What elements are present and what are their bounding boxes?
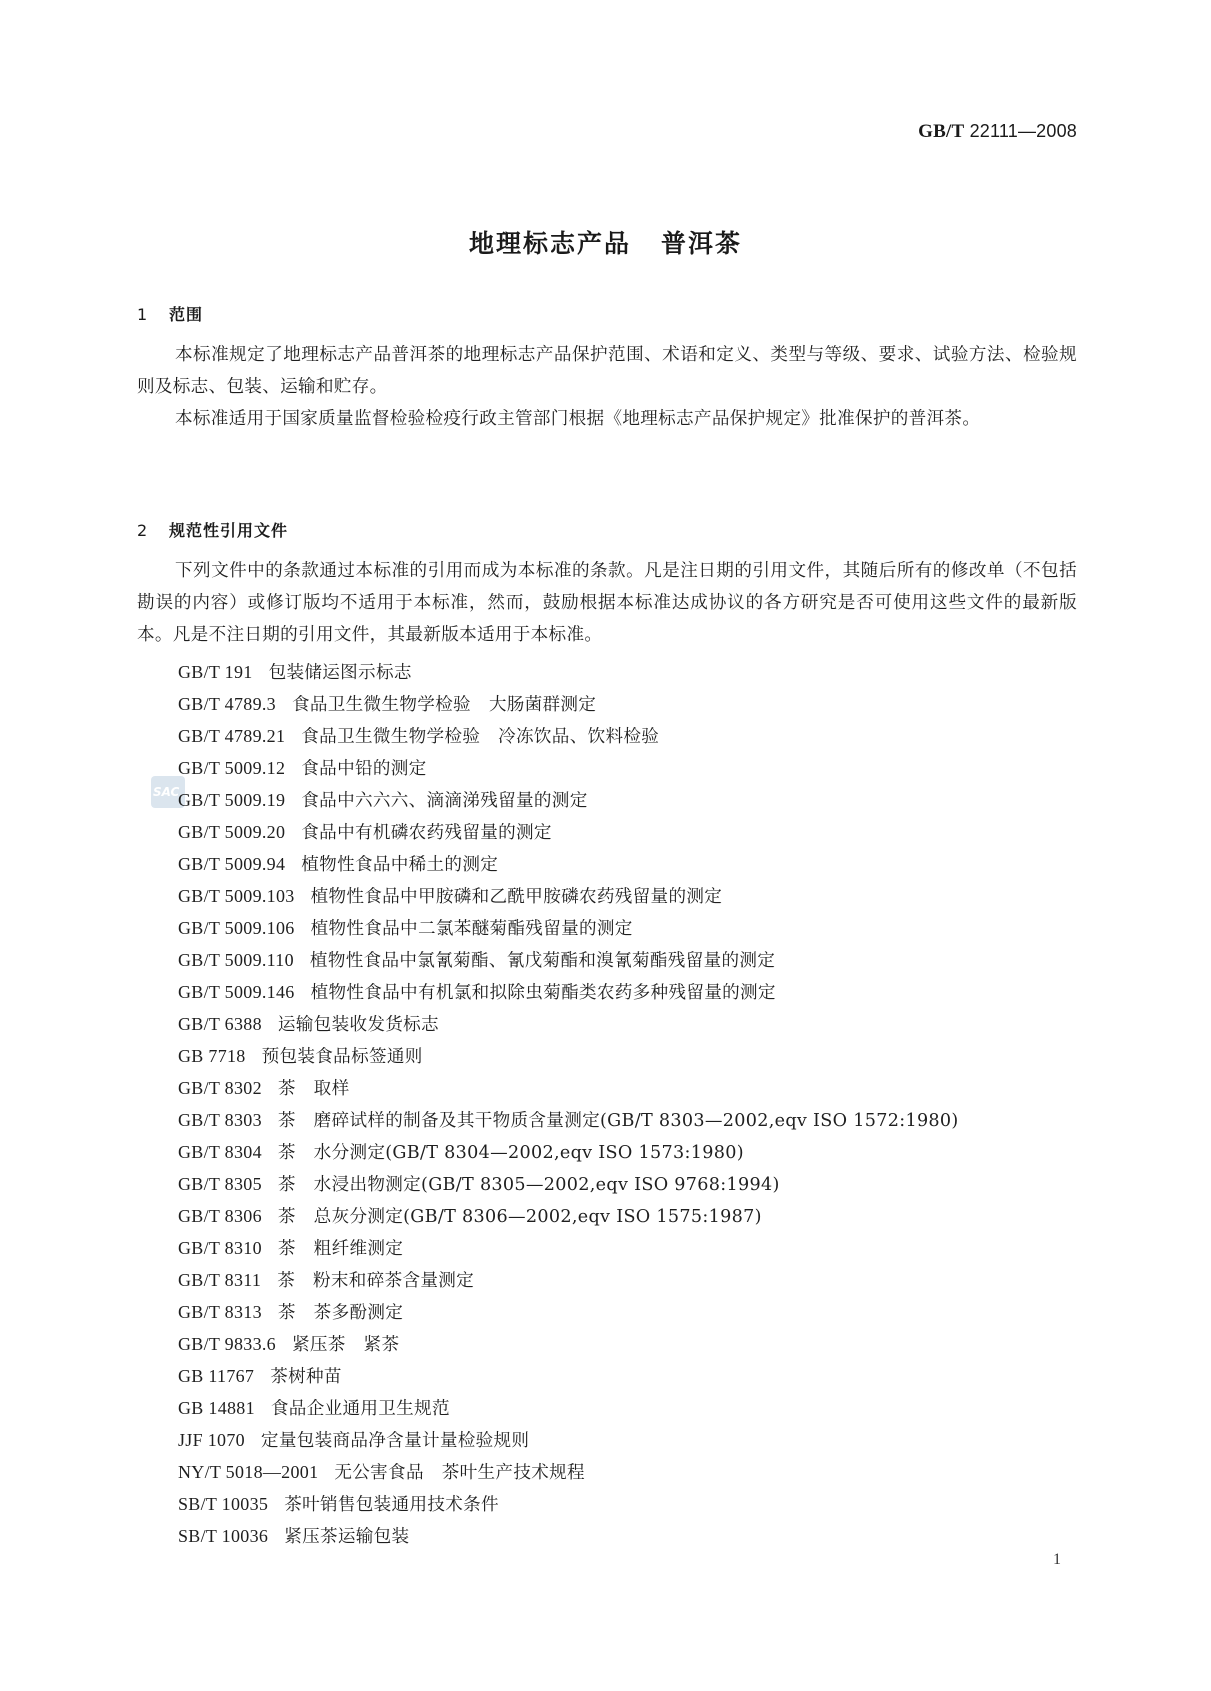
reference-title: 植物性食品中氯氰菊酯、氰戊菊酯和溴氰菊酯残留量的测定: [310, 951, 775, 971]
reference-code: JJF 1070: [178, 1430, 245, 1450]
reference-code: GB/T 8313: [178, 1302, 262, 1322]
reference-title: 紧压茶 紧茶: [292, 1335, 399, 1355]
reference-item: GB/T 5009.19食品中六六六、滴滴涕残留量的测定: [178, 784, 959, 816]
reference-title: 无公害食品 茶叶生产技术规程: [334, 1463, 585, 1483]
reference-title: 包装储运图示标志: [269, 663, 412, 683]
reference-code: SB/T 10036: [178, 1526, 268, 1546]
reference-item: GB 14881食品企业通用卫生规范: [178, 1392, 959, 1424]
reference-title: 食品卫生微生物学检验 大肠菌群测定: [292, 695, 596, 715]
reference-code: GB 14881: [178, 1398, 255, 1418]
reference-code: GB/T 8304: [178, 1142, 262, 1162]
reference-title: 茶 取样: [278, 1079, 350, 1099]
scope-paragraph-1: 本标准规定了地理标志产品普洱茶的地理标志产品保护范围、术语和定义、类型与等级、要…: [137, 339, 1077, 403]
reference-code: GB/T 8306: [178, 1206, 262, 1226]
reference-item: GB/T 9833.6紧压茶 紧茶: [178, 1328, 959, 1360]
reference-code: GB/T 191: [178, 662, 253, 682]
reference-title: 茶树种苗: [270, 1367, 342, 1387]
reference-title: 茶 茶多酚测定: [278, 1303, 403, 1323]
reference-code: GB 11767: [178, 1366, 254, 1386]
reference-item: GB/T 8306茶 总灰分测定(GB/T 8306—2002,eqv ISO …: [178, 1200, 959, 1232]
section-title: 范围: [169, 305, 203, 324]
reference-title: 茶 水浸出物测定(GB/T 8305—2002,eqv ISO 9768:199…: [278, 1175, 780, 1195]
reference-code: GB/T 5009.19: [178, 790, 285, 810]
reference-code: GB/T 8311: [178, 1270, 261, 1290]
reference-title: 运输包装收发货标志: [278, 1015, 439, 1035]
reference-title: 食品中铅的测定: [301, 759, 426, 779]
reference-item: GB/T 5009.110植物性食品中氯氰菊酯、氰戊菊酯和溴氰菊酯残留量的测定: [178, 944, 959, 976]
title-part-1: 地理标志产品: [469, 229, 631, 258]
reference-item: GB/T 5009.94植物性食品中稀土的测定: [178, 848, 959, 880]
reference-code: GB/T 8305: [178, 1174, 262, 1194]
section-heading-scope: 1范围: [137, 302, 203, 325]
reference-code: GB/T 5009.146: [178, 982, 295, 1002]
standard-prefix: GB/T: [918, 121, 964, 142]
reference-code: GB/T 5009.94: [178, 854, 285, 874]
reference-item: GB/T 8311茶 粉末和碎茶含量测定: [178, 1264, 959, 1296]
reference-item: GB/T 4789.21食品卫生微生物学检验 冷冻饮品、饮料检验: [178, 720, 959, 752]
reference-code: GB/T 4789.3: [178, 694, 276, 714]
reference-title: 植物性食品中有机氯和拟除虫菊酯类农药多种残留量的测定: [311, 983, 776, 1003]
reference-code: GB/T 8302: [178, 1078, 262, 1098]
reference-item: GB/T 4789.3食品卫生微生物学检验 大肠菌群测定: [178, 688, 959, 720]
title-part-2: 普洱茶: [661, 229, 742, 258]
reference-item: GB/T 8302茶 取样: [178, 1072, 959, 1104]
reference-code: GB/T 4789.21: [178, 726, 285, 746]
document-title: 地理标志产品普洱茶: [0, 224, 1211, 260]
reference-title: 植物性食品中稀土的测定: [301, 855, 498, 875]
reference-title: 植物性食品中二氯苯醚菊酯残留量的测定: [311, 919, 633, 939]
reference-list: GB/T 191包装储运图示标志 GB/T 4789.3食品卫生微生物学检验 大…: [178, 656, 959, 1552]
reference-title: 茶 粉末和碎茶含量测定: [277, 1271, 474, 1291]
reference-title: 茶 磨碎试样的制备及其干物质含量测定(GB/T 8303—2002,eqv IS…: [278, 1111, 959, 1131]
reference-title: 植物性食品中甲胺磷和乙酰甲胺磷农药残留量的测定: [311, 887, 723, 907]
section-heading-normative-references: 2规范性引用文件: [137, 518, 288, 541]
reference-title: 茶 水分测定(GB/T 8304—2002,eqv ISO 1573:1980): [278, 1143, 744, 1163]
reference-item: GB 7718预包装食品标签通则: [178, 1040, 959, 1072]
reference-item: GB/T 5009.146植物性食品中有机氯和拟除虫菊酯类农药多种残留量的测定: [178, 976, 959, 1008]
reference-item: NY/T 5018—2001无公害食品 茶叶生产技术规程: [178, 1456, 959, 1488]
reference-item: GB/T 5009.106植物性食品中二氯苯醚菊酯残留量的测定: [178, 912, 959, 944]
section-number: 1: [137, 305, 169, 324]
reference-item: GB/T 5009.12食品中铅的测定: [178, 752, 959, 784]
reference-item: GB/T 8313茶 茶多酚测定: [178, 1296, 959, 1328]
document-page: GB/T 22111—2008 地理标志产品普洱茶 1范围 本标准规定了地理标志…: [0, 0, 1211, 1691]
reference-code: SB/T 10035: [178, 1494, 268, 1514]
reference-item: SB/T 10036紧压茶运输包装: [178, 1520, 959, 1552]
reference-title: 茶 总灰分测定(GB/T 8306—2002,eqv ISO 1575:1987…: [278, 1207, 762, 1227]
reference-item: GB 11767茶树种苗: [178, 1360, 959, 1392]
reference-title: 茶叶销售包装通用技术条件: [284, 1495, 499, 1515]
page-number: 1: [1053, 1551, 1061, 1569]
reference-item: GB/T 8304茶 水分测定(GB/T 8304—2002,eqv ISO 1…: [178, 1136, 959, 1168]
reference-item: JJF 1070定量包装商品净含量计量检验规则: [178, 1424, 959, 1456]
reference-title: 食品企业通用卫生规范: [271, 1399, 450, 1419]
reference-item: SB/T 10035茶叶销售包装通用技术条件: [178, 1488, 959, 1520]
reference-item: GB/T 6388运输包装收发货标志: [178, 1008, 959, 1040]
reference-code: GB/T 5009.106: [178, 918, 295, 938]
reference-title: 食品卫生微生物学检验 冷冻饮品、饮料检验: [301, 727, 659, 747]
reference-code: GB/T 8303: [178, 1110, 262, 1130]
reference-item: GB/T 5009.103植物性食品中甲胺磷和乙酰甲胺磷农药残留量的测定: [178, 880, 959, 912]
reference-item: GB/T 191包装储运图示标志: [178, 656, 959, 688]
reference-code: GB/T 5009.110: [178, 950, 294, 970]
reference-title: 食品中六六六、滴滴涕残留量的测定: [301, 791, 587, 811]
reference-item: GB/T 8305茶 水浸出物测定(GB/T 8305—2002,eqv ISO…: [178, 1168, 959, 1200]
reference-code: GB/T 5009.20: [178, 822, 285, 842]
scope-paragraph-2: 本标准适用于国家质量监督检验检疫行政主管部门根据《地理标志产品保护规定》批准保护…: [137, 403, 1077, 435]
reference-code: GB/T 8310: [178, 1238, 262, 1258]
reference-item: GB/T 8310茶 粗纤维测定: [178, 1232, 959, 1264]
standard-number: 22111—2008: [970, 121, 1077, 141]
reference-code: GB/T 6388: [178, 1014, 262, 1034]
reference-item: GB/T 5009.20食品中有机磷农药残留量的测定: [178, 816, 959, 848]
reference-code: GB/T 5009.12: [178, 758, 285, 778]
section-number: 2: [137, 521, 169, 540]
reference-code: GB/T 9833.6: [178, 1334, 276, 1354]
reference-code: GB/T 5009.103: [178, 886, 295, 906]
reference-item: GB/T 8303茶 磨碎试样的制备及其干物质含量测定(GB/T 8303—20…: [178, 1104, 959, 1136]
reference-code: NY/T 5018—2001: [178, 1462, 318, 1482]
reference-title: 紧压茶运输包装: [284, 1527, 409, 1547]
references-intro-paragraph: 下列文件中的条款通过本标准的引用而成为本标准的条款。凡是注日期的引用文件，其随后…: [137, 555, 1077, 651]
reference-title: 食品中有机磷农药残留量的测定: [301, 823, 552, 843]
reference-code: GB 7718: [178, 1046, 246, 1066]
reference-title: 定量包装商品净含量计量检验规则: [261, 1431, 529, 1451]
standard-code: GB/T 22111—2008: [918, 121, 1077, 143]
reference-title: 茶 粗纤维测定: [278, 1239, 403, 1259]
reference-title: 预包装食品标签通则: [262, 1047, 423, 1067]
section-title: 规范性引用文件: [169, 521, 288, 540]
